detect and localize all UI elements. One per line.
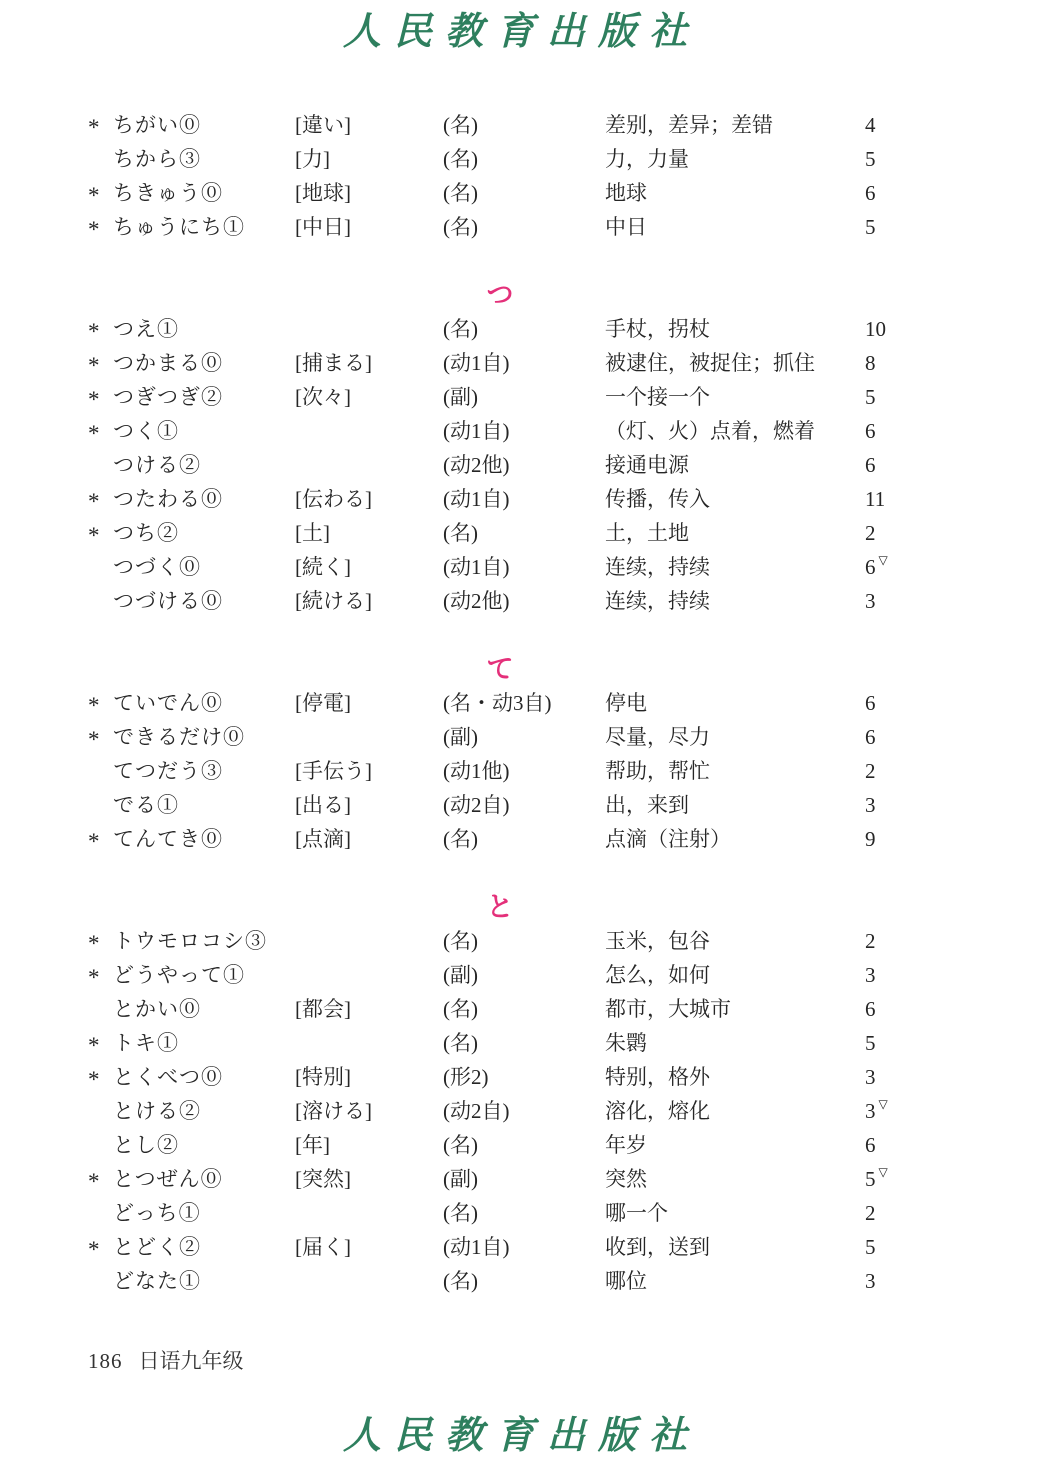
part-of-speech: (形2) (443, 1060, 605, 1094)
kana-section-header: と (88, 890, 912, 924)
part-of-speech: (动1自) (443, 414, 605, 448)
part-of-speech: (动2他) (443, 448, 605, 482)
part-of-speech: (动2他) (443, 584, 605, 618)
chinese-meaning: 溶化，熔化 (605, 1094, 865, 1128)
lesson-number: 3 (865, 958, 912, 992)
kana-word: つかまる⓪ (113, 346, 295, 380)
revision-triangle-mark: ▽ (879, 1165, 888, 1179)
part-of-speech: (名) (443, 312, 605, 346)
kana-word: どなた① (113, 1264, 295, 1298)
chinese-meaning: 哪一个 (605, 1196, 865, 1230)
lesson-number: 6 (865, 686, 912, 720)
part-of-speech: (名) (443, 1196, 605, 1230)
star-marker: * (88, 315, 113, 349)
chinese-meaning: 连续，持续 (605, 584, 865, 618)
star-marker (88, 1131, 113, 1165)
vocab-row: *つく①(动1自)（灯、火）点着，燃着6 (88, 414, 912, 448)
kanji-notation: [特別] (295, 1060, 443, 1094)
chinese-meaning: 传播，传入 (605, 482, 865, 516)
chinese-meaning: 差别，差异；差错 (605, 108, 865, 142)
kanji-notation: [届く] (295, 1230, 443, 1264)
lesson-number: 6 (865, 992, 912, 1026)
vocab-row: *つぎつぎ②[次々](副)一个接一个5 (88, 380, 912, 414)
lesson-number: 6 (865, 448, 912, 482)
star-marker (88, 791, 113, 825)
star-marker: * (88, 1029, 113, 1063)
part-of-speech: (名) (443, 822, 605, 856)
star-marker: * (88, 689, 113, 723)
kana-word: トウモロコシ③ (113, 924, 295, 958)
publisher-logo-bottom: 人民教育出版社 (0, 1410, 1043, 1460)
part-of-speech: (名) (443, 516, 605, 550)
kana-word: ちゅうにち① (113, 210, 295, 244)
kanji-notation (295, 312, 443, 346)
chinese-meaning: 都市，大城市 (605, 992, 865, 1026)
part-of-speech: (名) (443, 1128, 605, 1162)
kanji-notation: [点滴] (295, 822, 443, 856)
star-marker: * (88, 485, 113, 519)
lesson-number: 2 (865, 754, 912, 788)
part-of-speech: (副) (443, 1162, 605, 1196)
vocab-row: *トウモロコシ③(名)玉米，包谷2 (88, 924, 912, 958)
kana-word: できるだけ⓪ (113, 720, 295, 754)
star-marker: * (88, 961, 113, 995)
lesson-number: 3 (865, 1060, 912, 1094)
lesson-number: 11 (865, 482, 912, 516)
kana-word: つく① (113, 414, 295, 448)
lesson-number: 3 (865, 788, 912, 822)
kana-word: ちから③ (113, 142, 295, 176)
kana-word: ちがい⓪ (113, 108, 295, 142)
kanji-notation: [地球] (295, 176, 443, 210)
chinese-meaning: 中日 (605, 210, 865, 244)
star-marker: * (88, 1063, 113, 1097)
kana-word: てつだう③ (113, 754, 295, 788)
lesson-number: 5▽ (865, 1162, 912, 1196)
star-marker: * (88, 1165, 113, 1199)
chinese-meaning: 突然 (605, 1162, 865, 1196)
star-marker: * (88, 723, 113, 757)
lesson-number: 2 (865, 1196, 912, 1230)
chinese-meaning: 一个接一个 (605, 380, 865, 414)
chinese-meaning: 特别，格外 (605, 1060, 865, 1094)
vocab-row: とかい⓪[都会](名)都市，大城市6 (88, 992, 912, 1026)
star-marker: * (88, 927, 113, 961)
chinese-meaning: 点滴（注射） (605, 822, 865, 856)
star-marker (88, 1097, 113, 1131)
part-of-speech: (名) (443, 176, 605, 210)
part-of-speech: (名) (443, 924, 605, 958)
kana-word: つづける⓪ (113, 584, 295, 618)
lesson-number: 4 (865, 108, 912, 142)
kanji-notation: [出る] (295, 788, 443, 822)
star-marker: * (88, 349, 113, 383)
chinese-meaning: 停电 (605, 686, 865, 720)
kanji-notation: [中日] (295, 210, 443, 244)
star-marker (88, 587, 113, 621)
kana-word: つち② (113, 516, 295, 550)
star-marker (88, 145, 113, 179)
kana-word: でる① (113, 788, 295, 822)
part-of-speech: (动1自) (443, 346, 605, 380)
vocab-row: *できるだけ⓪(副)尽量，尽力6 (88, 720, 912, 754)
part-of-speech: (动1自) (443, 550, 605, 584)
star-marker: * (88, 825, 113, 859)
kana-word: つえ① (113, 312, 295, 346)
vocab-row: *つち②[土](名)土，土地2 (88, 516, 912, 550)
part-of-speech: (动1自) (443, 482, 605, 516)
chinese-meaning: 尽量，尽力 (605, 720, 865, 754)
vocab-list: *ちがい⓪[違い](名)差别，差异；差错4ちから③[力](名)力，力量5*ちきゅ… (88, 108, 912, 1298)
vocab-row: つづく⓪[続く](动1自)连续，持续6▽ (88, 550, 912, 584)
lesson-number: 5 (865, 1230, 912, 1264)
vocab-row: *ちゅうにち①[中日](名)中日5 (88, 210, 912, 244)
kana-word: つたわる⓪ (113, 482, 295, 516)
chinese-meaning: 被逮住，被捉住；抓住 (605, 346, 865, 380)
lesson-number: 9 (865, 822, 912, 856)
kanji-notation (295, 448, 443, 482)
lesson-number: 3▽ (865, 1094, 912, 1128)
lesson-number: 10 (865, 312, 912, 346)
kana-word: つける② (113, 448, 295, 482)
page-footer: 186日语九年级 (88, 1345, 244, 1375)
star-marker: * (88, 383, 113, 417)
kanji-notation: [土] (295, 516, 443, 550)
chinese-meaning: 年岁 (605, 1128, 865, 1162)
vocab-row: *つかまる⓪[捕まる](动1自)被逮住，被捉住；抓住8 (88, 346, 912, 380)
vocab-row: ちから③[力](名)力，力量5 (88, 142, 912, 176)
vocab-row: とける②[溶ける](动2自)溶化，熔化3▽ (88, 1094, 912, 1128)
star-marker (88, 451, 113, 485)
kanji-notation (295, 1264, 443, 1298)
kanji-notation: [伝わる] (295, 482, 443, 516)
kanji-notation: [力] (295, 142, 443, 176)
part-of-speech: (名) (443, 992, 605, 1026)
vocab-row: *ちきゅう⓪[地球](名)地球6 (88, 176, 912, 210)
lesson-number: 5 (865, 142, 912, 176)
kana-section-header: つ (88, 278, 912, 312)
vocab-row: つづける⓪[続ける](动2他)连续，持续3 (88, 584, 912, 618)
part-of-speech: (名) (443, 1264, 605, 1298)
kanji-notation (295, 1026, 443, 1060)
lesson-number: 3 (865, 1264, 912, 1298)
kana-word: ちきゅう⓪ (113, 176, 295, 210)
part-of-speech: (副) (443, 380, 605, 414)
chinese-meaning: 力，力量 (605, 142, 865, 176)
lesson-number: 5 (865, 1026, 912, 1060)
kana-word: とし② (113, 1128, 295, 1162)
part-of-speech: (副) (443, 958, 605, 992)
kana-word: つぎつぎ② (113, 380, 295, 414)
kana-section-header: て (88, 652, 912, 686)
kanji-notation (295, 958, 443, 992)
lesson-number: 6 (865, 176, 912, 210)
star-marker: * (88, 519, 113, 553)
vocab-row: *とどく②[届く](动1自)收到，送到5 (88, 1230, 912, 1264)
vocab-row: *とくべつ⓪[特別](形2)特别，格外3 (88, 1060, 912, 1094)
star-marker: * (88, 111, 113, 145)
chinese-meaning: 出，来到 (605, 788, 865, 822)
kana-word: とくべつ⓪ (113, 1060, 295, 1094)
vocab-row: *つたわる⓪[伝わる](动1自)传播，传入11 (88, 482, 912, 516)
vocab-row: *トキ①(名)朱鹮5 (88, 1026, 912, 1060)
kanji-notation: [続ける] (295, 584, 443, 618)
vocab-row: *どうやって①(副)怎么，如何3 (88, 958, 912, 992)
kana-word: とどく② (113, 1230, 295, 1264)
part-of-speech: (动2自) (443, 788, 605, 822)
star-marker (88, 1199, 113, 1233)
chinese-meaning: 收到，送到 (605, 1230, 865, 1264)
kana-word: どっち① (113, 1196, 295, 1230)
kanji-notation (295, 414, 443, 448)
chinese-meaning: 接通电源 (605, 448, 865, 482)
vocab-row: *とつぜん⓪[突然](副)突然5▽ (88, 1162, 912, 1196)
vocab-row: てつだう③[手伝う](动1他)帮助，帮忙2 (88, 754, 912, 788)
star-marker (88, 757, 113, 791)
lesson-number: 6 (865, 1128, 912, 1162)
chinese-meaning: （灯、火）点着，燃着 (605, 414, 865, 448)
revision-triangle-mark: ▽ (879, 1097, 888, 1111)
chinese-meaning: 帮助，帮忙 (605, 754, 865, 788)
kana-word: とける② (113, 1094, 295, 1128)
vocab-row: つける②(动2他)接通电源6 (88, 448, 912, 482)
star-marker: * (88, 179, 113, 213)
lesson-number: 8 (865, 346, 912, 380)
chinese-meaning: 连续，持续 (605, 550, 865, 584)
star-marker: * (88, 1233, 113, 1267)
lesson-number: 3 (865, 584, 912, 618)
page-number: 186 (88, 1349, 123, 1373)
kana-word: とつぜん⓪ (113, 1162, 295, 1196)
star-marker: * (88, 417, 113, 451)
star-marker: * (88, 213, 113, 247)
chinese-meaning: 地球 (605, 176, 865, 210)
vocab-row: とし②[年](名)年岁6 (88, 1128, 912, 1162)
part-of-speech: (名) (443, 210, 605, 244)
lesson-number: 5 (865, 210, 912, 244)
kana-word: トキ① (113, 1026, 295, 1060)
kanji-notation (295, 1196, 443, 1230)
kanji-notation: [停電] (295, 686, 443, 720)
publisher-logo-top: 人民教育出版社 (0, 6, 1043, 56)
kanji-notation (295, 720, 443, 754)
chinese-meaning: 哪位 (605, 1264, 865, 1298)
chinese-meaning: 土，土地 (605, 516, 865, 550)
chinese-meaning: 手杖，拐杖 (605, 312, 865, 346)
kana-word: とかい⓪ (113, 992, 295, 1026)
lesson-number: 6▽ (865, 550, 912, 584)
vocab-row: *ちがい⓪[違い](名)差别，差异；差错4 (88, 108, 912, 142)
part-of-speech: (动1他) (443, 754, 605, 788)
vocab-row: でる①[出る](动2自)出，来到3 (88, 788, 912, 822)
vocab-row: どっち①(名)哪一个2 (88, 1196, 912, 1230)
kanji-notation: [違い] (295, 108, 443, 142)
lesson-number: 6 (865, 720, 912, 754)
lesson-number: 6 (865, 414, 912, 448)
kanji-notation: [溶ける] (295, 1094, 443, 1128)
lesson-number: 5 (865, 380, 912, 414)
book-title: 日语九年级 (139, 1349, 244, 1373)
lesson-number: 2 (865, 924, 912, 958)
part-of-speech: (副) (443, 720, 605, 754)
part-of-speech: (名) (443, 108, 605, 142)
star-marker (88, 1267, 113, 1301)
kana-word: つづく⓪ (113, 550, 295, 584)
kanji-notation: [突然] (295, 1162, 443, 1196)
part-of-speech: (名) (443, 1026, 605, 1060)
kanji-notation: [捕まる] (295, 346, 443, 380)
part-of-speech: (动2自) (443, 1094, 605, 1128)
vocab-row: *てんてき⓪[点滴](名)点滴（注射）9 (88, 822, 912, 856)
part-of-speech: (名) (443, 142, 605, 176)
vocab-row: どなた①(名)哪位3 (88, 1264, 912, 1298)
kanji-notation (295, 924, 443, 958)
kanji-notation: [続く] (295, 550, 443, 584)
chinese-meaning: 玉米，包谷 (605, 924, 865, 958)
kana-word: ていでん⓪ (113, 686, 295, 720)
kanji-notation: [都会] (295, 992, 443, 1026)
chinese-meaning: 怎么，如何 (605, 958, 865, 992)
vocab-row: *つえ①(名)手杖，拐杖10 (88, 312, 912, 346)
kanji-notation: [手伝う] (295, 754, 443, 788)
chinese-meaning: 朱鹮 (605, 1026, 865, 1060)
kana-word: てんてき⓪ (113, 822, 295, 856)
part-of-speech: (动1自) (443, 1230, 605, 1264)
star-marker (88, 995, 113, 1029)
vocab-row: *ていでん⓪[停電](名・动3自)停电6 (88, 686, 912, 720)
star-marker (88, 553, 113, 587)
kanji-notation: [年] (295, 1128, 443, 1162)
revision-triangle-mark: ▽ (879, 553, 888, 567)
part-of-speech: (名・动3自) (443, 686, 605, 720)
kanji-notation: [次々] (295, 380, 443, 414)
kana-word: どうやって① (113, 958, 295, 992)
lesson-number: 2 (865, 516, 912, 550)
